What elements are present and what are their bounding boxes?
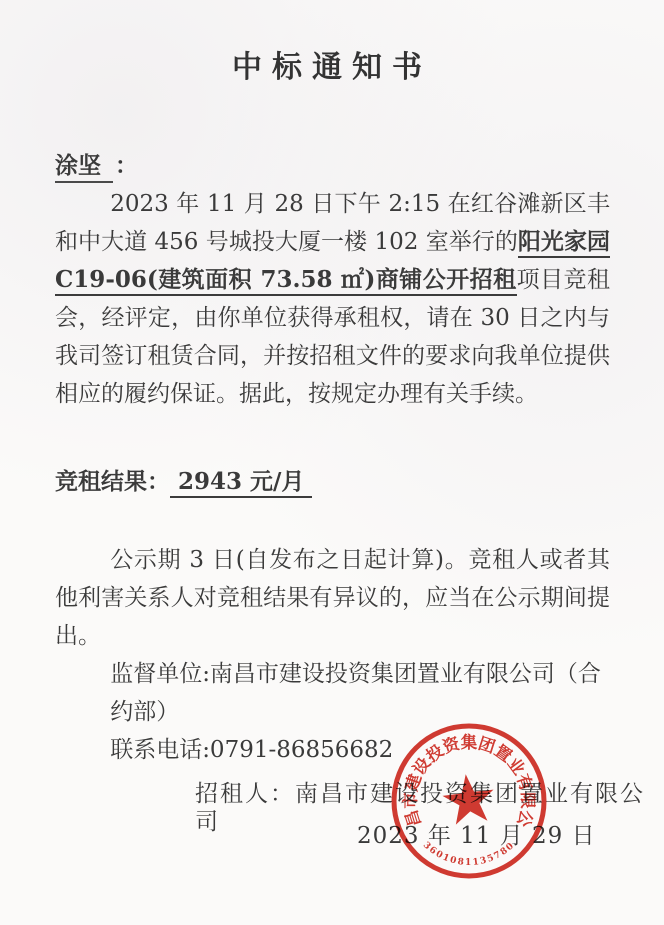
addressee-name: 涂坚 bbox=[55, 152, 113, 183]
bid-result-line: 竞租结果： 2943 元/月 bbox=[55, 463, 664, 501]
addressee-line: 涂坚： bbox=[55, 152, 664, 180]
scanned-document-page: 中标通知书 涂坚： 2023 年 11 月 28 日下午 2:15 在红谷滩新区… bbox=[0, 0, 664, 925]
document-title: 中标通知书 bbox=[0, 0, 664, 90]
public-notice-paragraph: 公示期 3 日(自发布之日起计算)。竞租人或者其他利害关系人对竞租结果有异议的，… bbox=[55, 541, 610, 655]
svg-text:南昌市建设投资集团置业有限公司: 南昌市建设投资集团置业有限公司 bbox=[374, 706, 537, 830]
addressee-colon: ： bbox=[113, 152, 138, 179]
main-paragraph: 2023 年 11 月 28 日下午 2:15 在红谷滩新区丰和中大道 456 … bbox=[55, 185, 610, 413]
star-icon bbox=[440, 771, 497, 826]
bid-result-value: 2943 元/月 bbox=[170, 468, 312, 498]
seal-serial-number: 3601081135780 bbox=[421, 840, 517, 868]
company-seal-stamp: 南昌市建设投资集团置业有限公司 3601081135780 bbox=[374, 706, 564, 896]
bid-result-label: 竞租结果： bbox=[55, 468, 170, 495]
svg-text:3601081135780: 3601081135780 bbox=[421, 840, 517, 868]
seal-company-arc-text: 南昌市建设投资集团置业有限公司 bbox=[374, 706, 537, 830]
